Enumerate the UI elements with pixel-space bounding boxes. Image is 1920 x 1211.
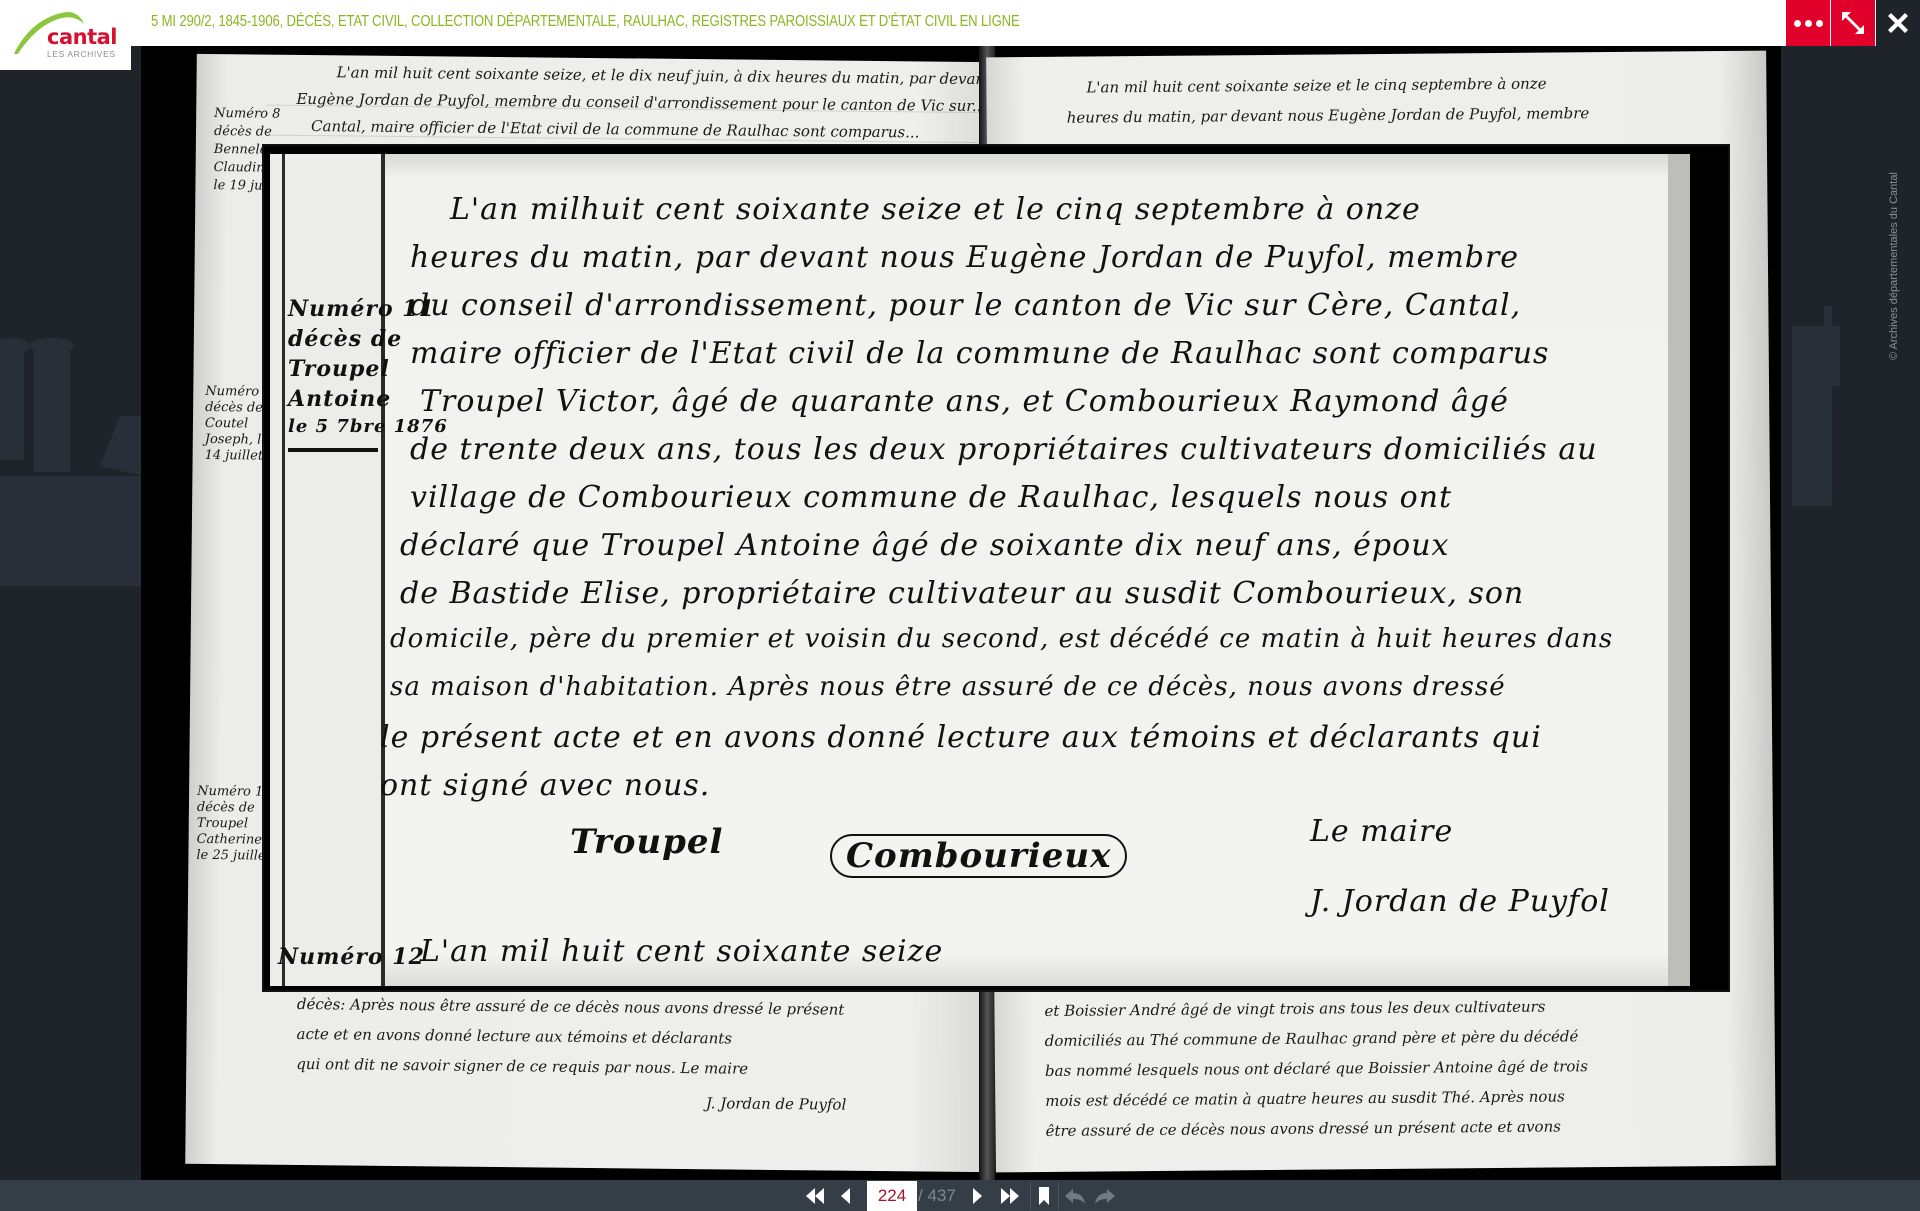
- magnified-line-2: heures du matin, par devant nous Eugène …: [410, 240, 1519, 275]
- right-page-footer-2: domiciliés au Thé commune de Raulhac gra…: [1045, 1027, 1579, 1050]
- undo-button[interactable]: [1060, 1180, 1090, 1211]
- fullscreen-button[interactable]: [1831, 0, 1875, 46]
- close-icon: [1886, 11, 1910, 35]
- signature-mayor: J. Jordan de Puyfol: [1310, 884, 1610, 919]
- right-page-footer-4: mois est décédé ce matin à quatre heures…: [1045, 1087, 1565, 1110]
- margin-note-10: Numéro 10 décès de Troupel Catherine le …: [197, 784, 257, 785]
- magnifier-inset[interactable]: Numéro 11 décès de Troupel Antoine le 5 …: [262, 144, 1730, 992]
- magnified-line-8: déclaré que Troupel Antoine âgé de soixa…: [400, 528, 1449, 563]
- right-page-line-1: L'an mil huit cent soixante seize et le …: [1086, 75, 1546, 97]
- left-page-line-3: Cantal, maire officier de l'Etat civil d…: [311, 117, 920, 141]
- left-page-footer-4: J. Jordan de Puyfol: [706, 1094, 847, 1113]
- magnified-line-7: village de Combourieux commune de Raulha…: [410, 480, 1452, 515]
- triangle-right-icon: [972, 1187, 984, 1205]
- right-page-footer-5: être assuré de ce décès nous avons dress…: [1045, 1117, 1561, 1139]
- magnified-page: Numéro 11 décès de Troupel Antoine le 5 …: [270, 154, 1690, 986]
- image-viewer[interactable]: © Archives départementales du Cantal L'a…: [0, 46, 1920, 1180]
- page-number-input[interactable]: [867, 1181, 917, 1211]
- left-page-footer-3: qui ont dit ne savoir signer de ce requi…: [296, 1055, 748, 1078]
- triangle-left-icon: [839, 1187, 851, 1205]
- bookmark-button[interactable]: [1032, 1180, 1056, 1211]
- margin-note-9: Numéro 9 décès de Coutel Joseph, le 14 j…: [205, 384, 265, 385]
- left-page-footer-2: acte et en avons donné lecture aux témoi…: [296, 1025, 732, 1048]
- right-page-line-2: heures du matin, par devant nous Eugène …: [1067, 104, 1590, 127]
- magnified-line-10: domicile, père du premier et voisin du s…: [390, 624, 1613, 654]
- next-entry-start: L'an mil huit cent soixante seize: [420, 934, 943, 969]
- copyright-notice: © Archives départementales du Cantal: [1888, 172, 1900, 360]
- previous-page-button[interactable]: [830, 1180, 860, 1211]
- more-options-button[interactable]: [1786, 0, 1830, 46]
- left-page-footer-1: décès: Après nous être assuré de ce décè…: [297, 995, 845, 1019]
- magnified-line-12: le présent acte et en avons donné lectur…: [380, 720, 1542, 755]
- background-figures-illustration: [0, 336, 145, 586]
- logo-subtitle: LES ARCHIVES: [47, 49, 116, 59]
- logo-brand-text: cantal: [47, 25, 117, 49]
- document-title: 5 MI 290/2, 1845-1906, DÉCÈS, ETAT CIVIL…: [151, 13, 1020, 31]
- magnified-line-1: L'an milhuit cent soixante seize et le c…: [450, 192, 1421, 227]
- bookmark-icon: [1038, 1186, 1050, 1206]
- last-page-button[interactable]: [995, 1180, 1025, 1211]
- signature-label-maire: Le maire: [1310, 814, 1453, 849]
- right-page-footer-1: et Boissier André âgé de vingt trois ans…: [1044, 998, 1545, 1020]
- header-bar: 5 MI 290/2, 1845-1906, DÉCÈS, ETAT CIVIL…: [0, 0, 1920, 46]
- magnified-line-5: Troupel Victor, âgé de quarante ans, et …: [420, 384, 1509, 419]
- pagination-bar: / 437: [0, 1180, 1920, 1211]
- signature-troupel: Troupel: [570, 822, 723, 862]
- left-page-line-2: Eugène Jordan de Puyfol, membre du conse…: [296, 90, 986, 115]
- margin-divider: [288, 448, 378, 452]
- magnified-line-13: ont signé avec nous.: [380, 768, 710, 803]
- double-chevron-right-icon: [999, 1187, 1021, 1205]
- undo-arrow-icon: [1064, 1187, 1086, 1205]
- left-page-line-1: L'an mil huit cent soixante seize, et le…: [337, 63, 1033, 88]
- double-chevron-left-icon: [804, 1187, 826, 1205]
- archive-viewer-app: 5 MI 290/2, 1845-1906, DÉCÈS, ETAT CIVIL…: [0, 0, 1920, 1211]
- signature-combourieux: Combourieux: [830, 834, 1127, 878]
- next-page-button[interactable]: [963, 1180, 993, 1211]
- magnified-line-4: maire officier de l'Etat civil de la com…: [410, 336, 1549, 371]
- first-page-button[interactable]: [800, 1180, 830, 1211]
- page-total: / 437: [918, 1180, 956, 1211]
- magnified-line-3: du conseil d'arrondissement, pour le can…: [410, 288, 1521, 323]
- margin-note-8: Numéro 8 décès de Bennelon Claudine le 1…: [214, 106, 274, 107]
- redo-button[interactable]: [1090, 1180, 1120, 1211]
- redo-arrow-icon: [1094, 1187, 1116, 1205]
- cantal-archives-logo[interactable]: cantal LES ARCHIVES: [0, 0, 131, 70]
- close-button[interactable]: [1876, 0, 1920, 46]
- magnified-line-11: sa maison d'habitation. Après nous être …: [390, 672, 1506, 702]
- background-knight-illustration: [1780, 306, 1865, 526]
- right-page-footer-3: bas nommé lesquels nous ont déclaré que …: [1045, 1057, 1588, 1080]
- expand-arrows-icon: [1840, 10, 1866, 36]
- magnified-margin-column: Numéro 11 décès de Troupel Antoine le 5 …: [270, 154, 385, 986]
- ellipsis-icon: [1794, 20, 1823, 27]
- magnified-line-6: de trente deux ans, tous les deux propri…: [410, 432, 1598, 467]
- magnified-line-9: de Bastide Elise, propriétaire cultivate…: [400, 576, 1524, 611]
